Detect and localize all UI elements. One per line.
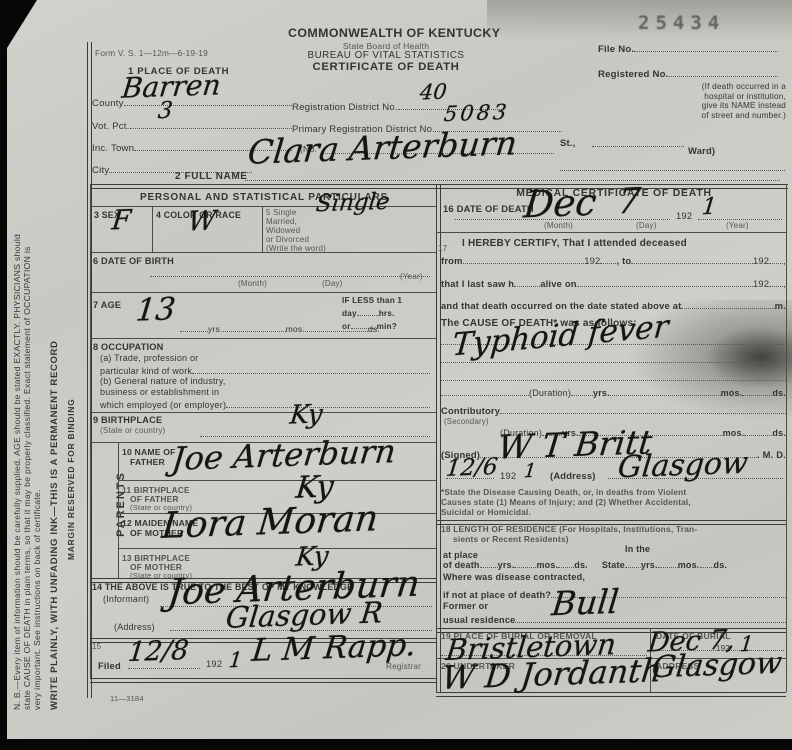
hospital-note-line: of street and number.) [596, 111, 786, 121]
vot-pct-label: Vot. Pct. [92, 121, 130, 132]
duration-ds: ds. [772, 388, 786, 398]
dotted-line [625, 558, 641, 568]
registrar-signature: L M Rapp. [250, 627, 418, 669]
ward-label: Ward) [688, 145, 715, 156]
footnote-line: *State the Disease Causing Death, or, in… [441, 488, 691, 498]
form-right-border [786, 184, 787, 692]
commonwealth-title: COMMONWEALTH OF KENTUCKY [288, 26, 484, 40]
birthplace-handwritten: Ky [288, 399, 324, 430]
city-label: City [92, 165, 109, 176]
primary-district-handwritten: 5083 [443, 100, 511, 126]
occurred-m-label: m. [775, 300, 786, 311]
dotted-line [558, 558, 574, 568]
dotted-line [669, 67, 778, 77]
dotted-line [441, 362, 786, 363]
occurred-statement: and that death occurred on the date stat… [441, 300, 681, 311]
dotted-line [769, 254, 783, 264]
section-divider [90, 678, 436, 683]
res-yrs1: yrs. [498, 560, 515, 570]
age-yrs-label: yrs. [208, 324, 223, 334]
alive-on-label: alive on [540, 278, 577, 289]
undertaker-handwritten: W D Jordanth [440, 651, 664, 697]
death-year-handwritten: 1 [701, 194, 718, 221]
contracted-label: Where was disease contracted, [443, 572, 585, 582]
if-less-hrs: hrs. [379, 309, 395, 318]
death-year-caption: (Year) [726, 221, 749, 230]
if-less-or: or [342, 322, 351, 331]
spacer [588, 559, 602, 568]
dotted-line [357, 306, 379, 316]
certify-192b: 192 [753, 255, 769, 266]
registration-district-handwritten: 40 [419, 79, 448, 104]
form-footer-code: 11—3184 [110, 694, 144, 703]
signed-date-handwritten: 12/6 [445, 454, 499, 482]
cell-rule [152, 206, 153, 252]
filed-year-handwritten: 1 [228, 648, 244, 673]
res-mos1: mos. [536, 560, 558, 570]
dotted-line [744, 426, 772, 436]
residence-handwritten: Bull [550, 582, 621, 623]
dotted-line [631, 254, 753, 264]
if-less-line: ormin? [342, 319, 402, 332]
dotted-line [480, 558, 498, 568]
if-less-line: dayhrs. [342, 306, 402, 319]
dotted-line [742, 386, 772, 396]
state-label: State [602, 560, 625, 570]
form-left-border [90, 184, 91, 678]
binding-margin-notes: N. B.—Every item of information should b… [12, 18, 86, 710]
inc-town-label: Inc. Town [92, 143, 134, 154]
scanned-death-certificate: N. B.—Every item of information should b… [0, 0, 792, 750]
hospital-note-line: hospital or institution, [596, 92, 786, 102]
birthplace-label: 9 BIRTHPLACE [93, 415, 162, 425]
scan-shadow-dark [707, 328, 792, 388]
dotted-line [128, 668, 200, 669]
dotted-line [130, 119, 292, 129]
certify-192a: 192 [584, 255, 600, 266]
former-label: Former or [443, 601, 488, 611]
marital-label-line: or Divorced [266, 235, 326, 244]
medical-section-title: MEDICAL CERTIFICATE OF DEATH [442, 188, 786, 199]
dotted-line [180, 322, 208, 332]
father-name-handwritten: Joe Arterburn [170, 432, 398, 478]
file-no-label: File No. [598, 44, 634, 55]
death-day-caption: (Day) [636, 221, 657, 230]
occupation-b2: business or establishment in [100, 387, 219, 397]
in-the-label: In the [625, 544, 650, 554]
dotted-line [192, 364, 430, 374]
duration-mos: mos. [721, 388, 743, 398]
dotted-line [463, 254, 585, 264]
parents-cell-rule [118, 442, 119, 578]
marital-handwritten: Single [315, 189, 391, 218]
certificate-title: CERTIFICATE OF DEATH [288, 61, 484, 73]
certify-to-label: , to [616, 255, 631, 266]
certify-statement: I HEREBY CERTIFY, That I attended deceas… [462, 238, 687, 249]
dotted-line [223, 322, 286, 332]
duration-yrs: yrs. [593, 388, 610, 398]
secondary-label: (Secondary) [444, 417, 489, 426]
cell-rule [262, 206, 263, 252]
last-saw-label: that I last saw h [441, 278, 514, 289]
if-not-label: if not at place of death? [443, 590, 551, 600]
filed-label: Filed [98, 660, 121, 671]
res-yrs2: yrs. [641, 560, 658, 570]
if-less-day: day [342, 309, 357, 318]
dotted-line [500, 404, 786, 414]
registered-no-label: Registered No. [598, 69, 669, 80]
dotted-line [150, 276, 430, 277]
occupation-a1: (a) Trade, profession or [100, 353, 198, 363]
write-plainly-note: WRITE PLAINLY, WITH UNFADING INK—THIS IS… [49, 18, 60, 710]
duration-label: (Duration) [529, 388, 571, 398]
dotted-line [226, 398, 430, 408]
margin-note-line: very important. See instructions on back… [32, 18, 42, 710]
dotted-line [658, 558, 678, 568]
margin-note-line: state CAUSE OF DEATH in plain terms, so … [22, 18, 32, 710]
res-mos2: mos. [678, 560, 700, 570]
occupation-b3: which employed (or employer) [100, 400, 226, 410]
dotted-line [577, 277, 753, 287]
death-192: 192 [676, 210, 692, 221]
hospital-note-line: (If death occurred in a [596, 82, 786, 92]
of-death-label: of death [443, 560, 480, 570]
age-mos-label: mos. [286, 324, 305, 334]
hospital-note-line: give its NAME instead [596, 101, 786, 111]
signed-192: 192 [500, 470, 516, 481]
dotted-line [571, 386, 593, 396]
sex-handwritten: F [110, 205, 132, 237]
margin-note-line: N. B.—Every item of information should b… [12, 18, 22, 710]
cause-footnote: *State the Disease Causing Death, or, in… [441, 488, 691, 517]
race-handwritten: W [186, 205, 217, 237]
age-handwritten: 13 [134, 291, 177, 329]
footnote-line: Causes state (1) Means of Injury; and (2… [441, 498, 691, 508]
res-ds1: ds. [574, 560, 588, 570]
occupation-a2: particular kind of work [100, 366, 192, 376]
dotted-line [245, 180, 780, 181]
hospital-note: (If death occurred in a hospital or inst… [596, 82, 786, 120]
dotted-line [441, 386, 529, 396]
death-day-handwritten: 7 [616, 182, 642, 223]
certify-from-label: from [441, 255, 463, 266]
row-rule [90, 252, 436, 253]
row-rule [90, 412, 436, 413]
dotted-line [610, 386, 721, 396]
saw-comma: , [783, 278, 786, 289]
dotted-line [514, 558, 536, 568]
death-month-handwritten: Dec [522, 181, 599, 227]
form-code: Form V. S. 1—12m—6-19-19 [95, 48, 208, 58]
father-name-label1: 10 NAME OF [122, 447, 176, 457]
dob-day-label: (Day) [322, 279, 343, 288]
if-less-note: IF LESS than 1 dayhrs. ormin? [342, 296, 402, 332]
duration2-mos: mos. [723, 428, 745, 438]
father-name-label2: FATHER [130, 457, 165, 467]
md-label: . M. D. [757, 449, 786, 460]
dotted-line [441, 380, 786, 381]
usual-residence-label: usual residence [443, 615, 515, 625]
county-label: County [92, 98, 124, 109]
age-label: 7 AGE [93, 300, 121, 310]
dotted-line [769, 277, 783, 287]
signed-address-handwritten: Glasgow [616, 446, 749, 486]
if-less-line: IF LESS than 1 [342, 296, 402, 306]
signed-address-label: (Address) [550, 470, 596, 481]
residence-label2: sients or Recent Residents) [453, 534, 569, 544]
informant-label: (Informant) [103, 594, 149, 604]
row-rule [90, 338, 436, 339]
saw-192: 192 [753, 278, 769, 289]
residence-label1: 18 LENGTH OF RESIDENCE (For Hospitals, I… [441, 524, 697, 534]
if-less-min: min? [377, 322, 397, 331]
row-rule [118, 480, 436, 481]
certify-number: 17 [438, 244, 447, 253]
birthplace-sub: (State or country) [100, 426, 165, 435]
signed-year-handwritten: 1 [523, 460, 537, 483]
undertaker-address-handwritten: Glasgow [650, 646, 783, 686]
row-rule [118, 548, 436, 549]
st-label: St., [560, 137, 575, 148]
marital-label-line: Married, [266, 217, 326, 226]
vot-pct-handwritten: 3 [157, 98, 174, 125]
dotted-line [700, 558, 714, 568]
dotted-line [634, 42, 778, 52]
dotted-line [514, 277, 540, 287]
res-ds2: ds. [714, 560, 728, 570]
dotted-line [592, 146, 684, 147]
filed-date-handwritten: 12/8 [126, 635, 190, 668]
bureau-subtitle: BUREAU OF VITAL STATISTICS [288, 50, 484, 61]
occupation-b1: (b) General nature of industry, [100, 376, 226, 386]
contributory-label: Contributory [441, 405, 500, 416]
dob-year-label: (Year) [400, 272, 423, 281]
filed-number: 15 [92, 642, 101, 651]
dob-label: 6 DATE OF BIRTH [93, 256, 174, 266]
footnote-line: Suicidal or Homicidal. [441, 508, 691, 518]
certify-comma: , [783, 255, 786, 266]
marital-label-line: Widowed [266, 226, 326, 235]
date-of-death-label: 16 DATE OF DEATH [443, 203, 534, 214]
informant-address-label: (Address) [114, 622, 155, 632]
row-rule [436, 232, 786, 233]
dotted-line [560, 170, 785, 171]
dotted-line [681, 299, 774, 309]
dotted-line [600, 254, 616, 264]
duration2-ds: ds. [772, 428, 786, 438]
file-stamp-number: 25434 [638, 12, 725, 34]
registration-district-label: Registration District No. [292, 102, 398, 113]
dob-month-label: (Month) [238, 279, 267, 288]
occupation-label: 8 OCCUPATION [93, 342, 163, 352]
dotted-line [351, 319, 377, 329]
mother-name-handwritten: Lora Moran [160, 498, 380, 547]
full-name-label: 2 FULL NAME [175, 171, 248, 182]
margin-reserved-note: MARGIN RESERVED FOR BINDING [66, 18, 76, 560]
filed-192: 192 [206, 658, 222, 669]
